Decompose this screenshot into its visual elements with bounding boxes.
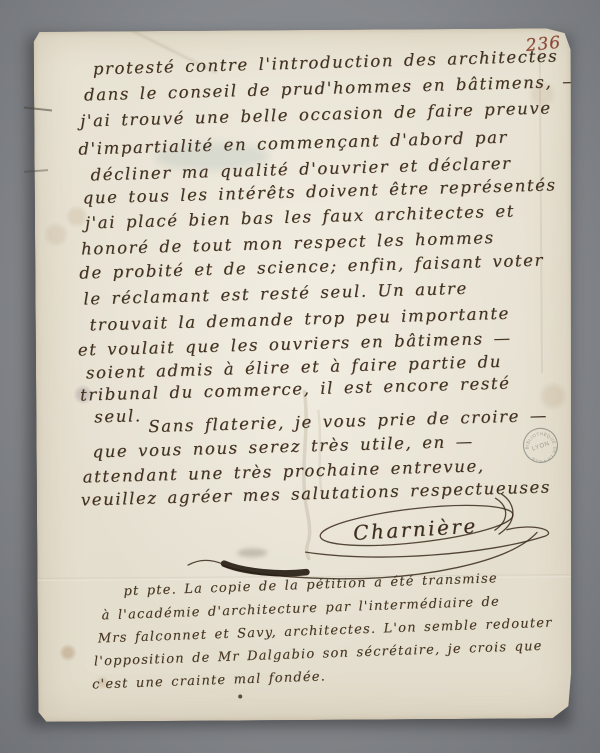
letter-line: seul. <box>94 408 142 426</box>
letter-page: 236 protesté contre l'introduction des a… <box>34 28 576 722</box>
stamp-center-text: LYON <box>531 441 550 452</box>
ink-dot <box>238 694 242 698</box>
scan-background: 236 protesté contre l'introduction des a… <box>0 0 600 753</box>
